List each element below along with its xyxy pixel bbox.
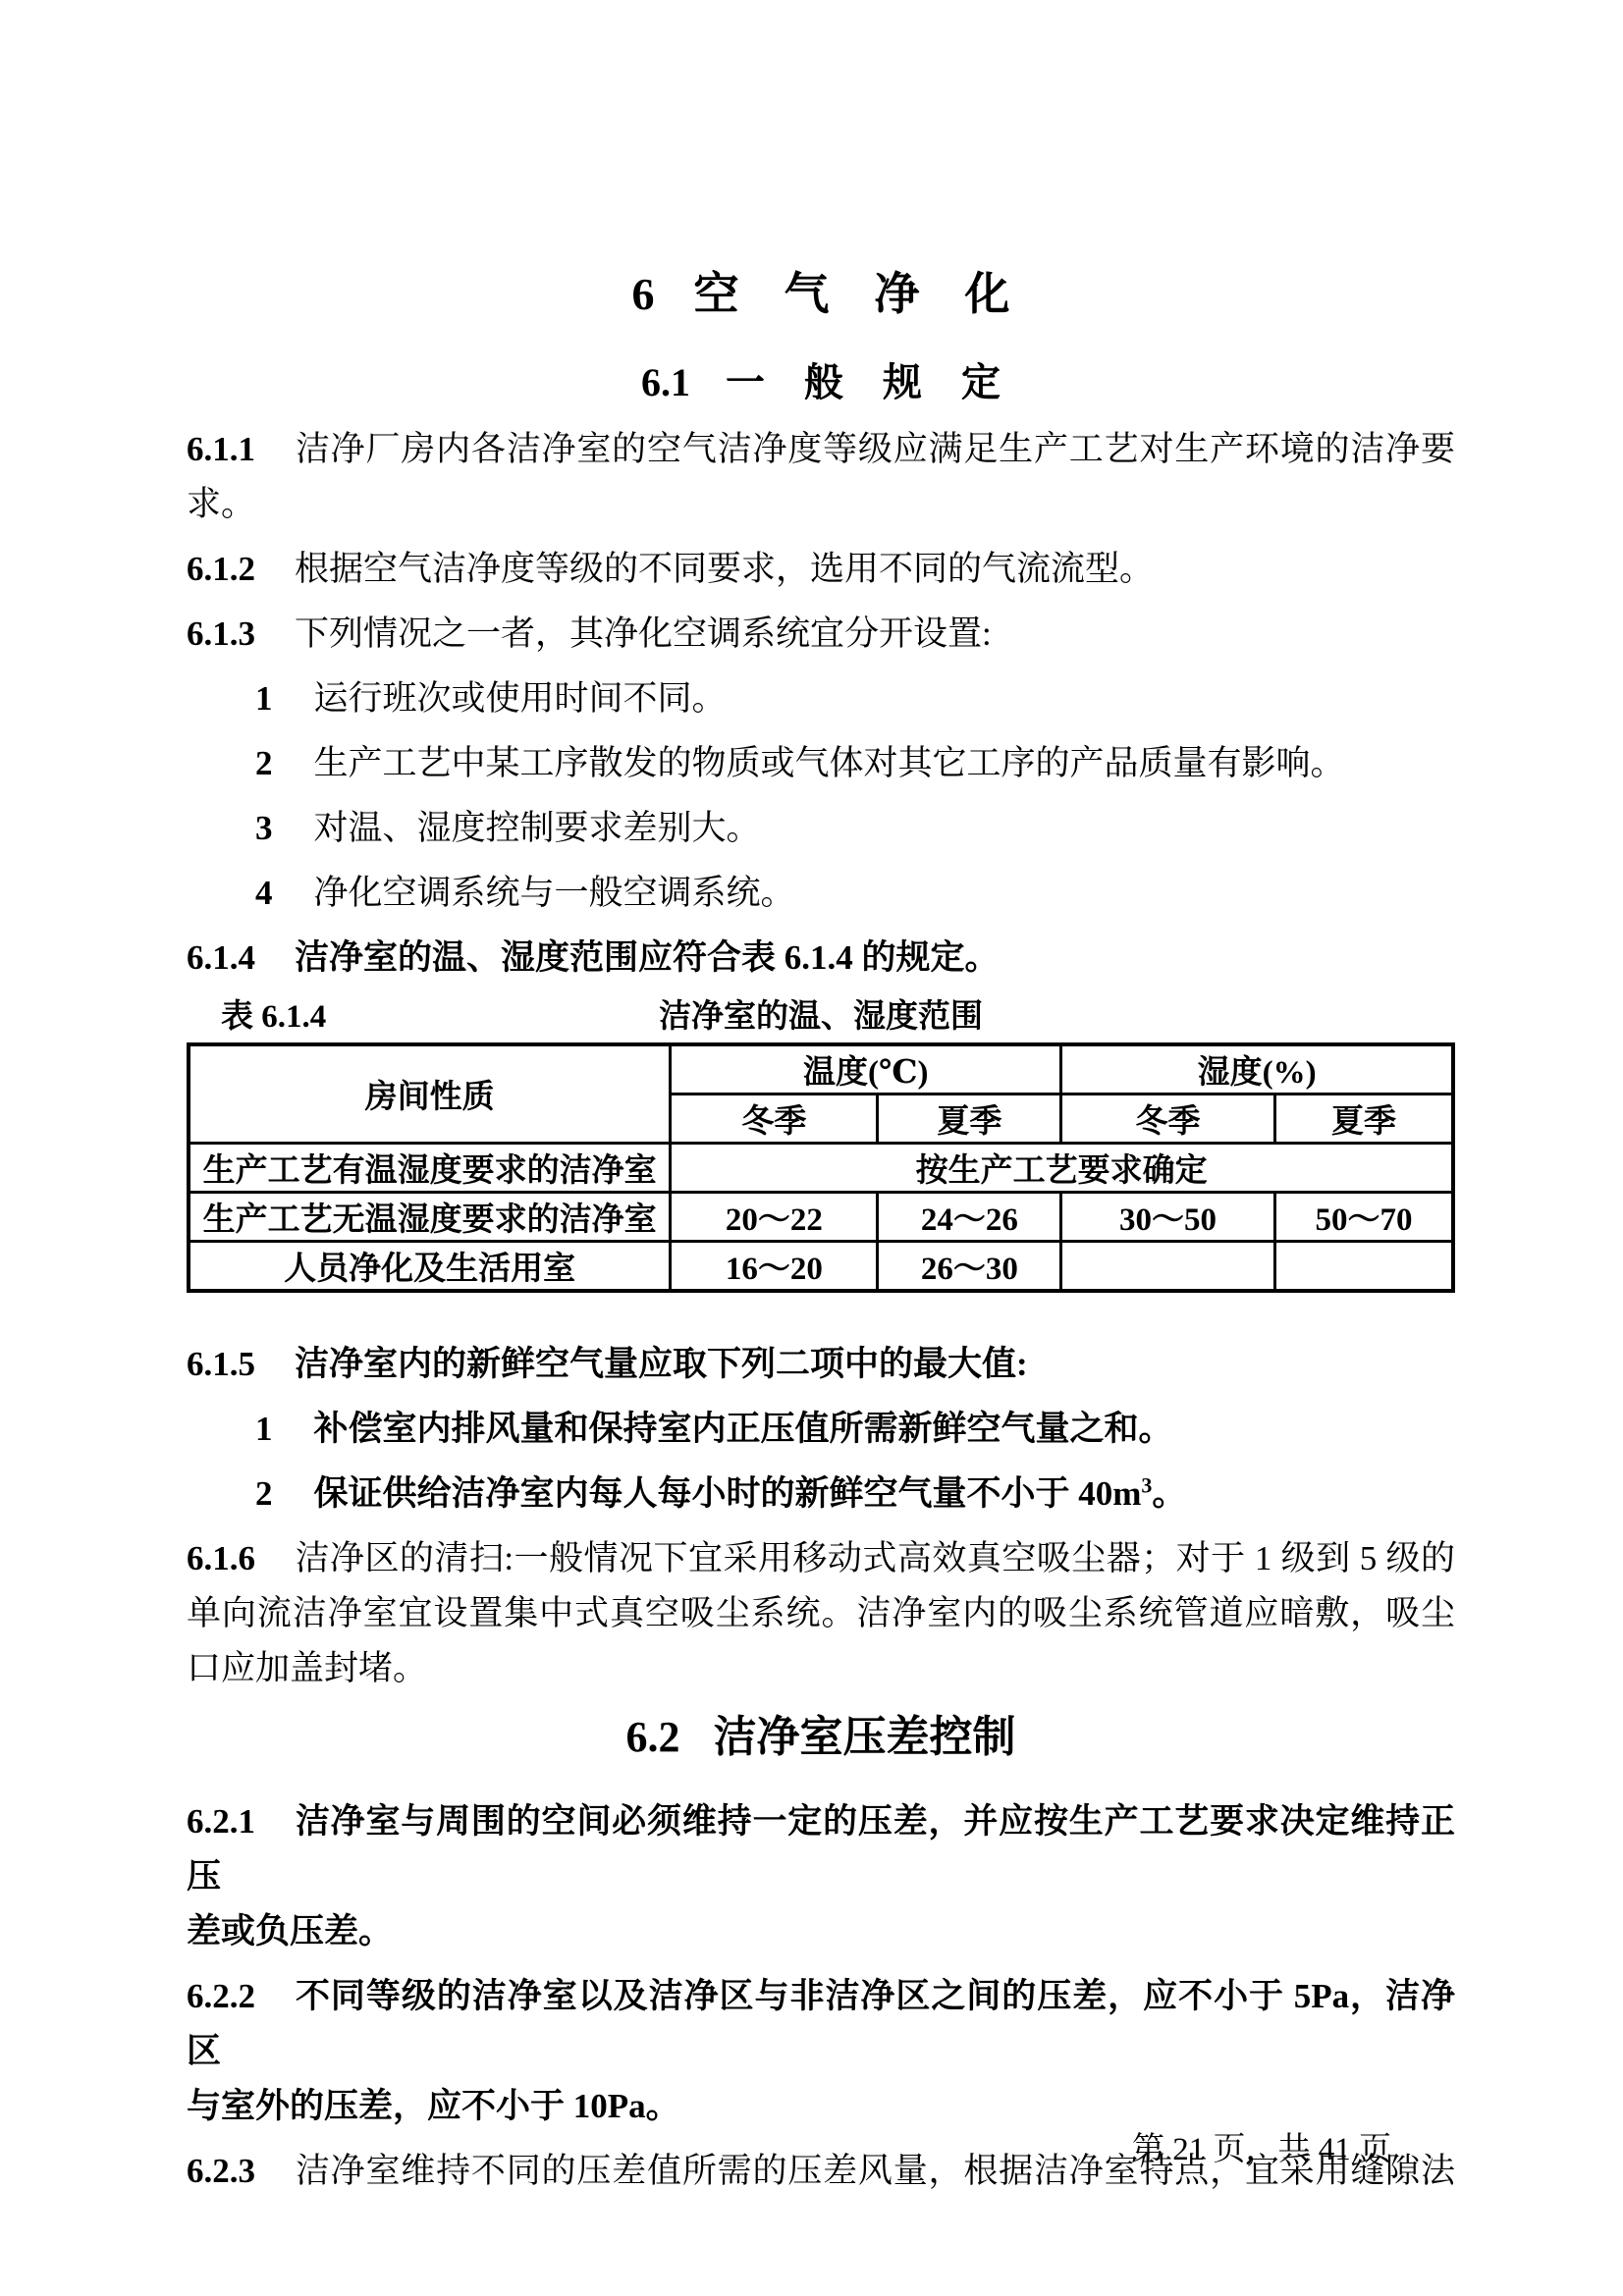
- header-season: 冬季: [671, 1095, 878, 1144]
- item-text-tail: 。: [1152, 1474, 1186, 1513]
- clause-line: 6.1.5洁净室内的新鲜空气量应取下列二项中的最大值:: [187, 1337, 1455, 1392]
- value-cell: 50～70: [1274, 1193, 1453, 1242]
- merged-value-cell: 按生产工艺要求确定: [671, 1144, 1453, 1193]
- chapter-number: 6: [632, 269, 655, 319]
- clause-line: 6.2.1洁净室与周围的空间必须维持一定的压差，并应按生产工艺要求决定维持正压: [187, 1794, 1455, 1904]
- clause-line: 6.1.2根据空气洁净度等级的不同要求，选用不同的气流流型。: [187, 542, 1455, 597]
- temperature-humidity-table: 房间性质 温度(℃) 湿度(%) 冬季 夏季 冬季 夏季 生产工艺有温湿度要求的…: [187, 1042, 1455, 1293]
- clause-line: 与室外的压差，应不小于 10Pa。: [187, 2079, 1455, 2134]
- table-caption-label: 表 6.1.4: [221, 995, 326, 1039]
- clause-text: 洁净室的温、湿度范围应符合表 6.1.4 的规定。: [295, 938, 1000, 977]
- room-cell: 生产工艺有温湿度要求的洁净室: [189, 1144, 671, 1193]
- table-caption: 表 6.1.4 洁净室的温、湿度范围: [187, 995, 1455, 1039]
- value-cell: [1061, 1242, 1275, 1292]
- header-humidity: 湿度(%): [1061, 1044, 1453, 1095]
- section-6-2-number: 6.2: [626, 1713, 680, 1761]
- header-season: 夏季: [1274, 1095, 1453, 1144]
- item-number: 2: [255, 744, 273, 782]
- clause-6-1-4: 6.1.4洁净室的温、湿度范围应符合表 6.1.4 的规定。: [187, 931, 1455, 986]
- superscript: 3: [1141, 1472, 1152, 1497]
- list-item: 2生产工艺中某工序散发的物质或气体对其它工序的产品质量有影响。: [187, 736, 1455, 791]
- clause-line: 差或负压差。: [187, 1904, 1455, 1959]
- clause-6-1-6: 6.1.6洁净区的清扫:一般情况下宜采用移动式高效真空吸尘器；对于 1 级到 5…: [187, 1531, 1455, 1696]
- clause-number: 6.1.1: [187, 430, 255, 468]
- content-area: 6空 气 净 化 6.1一 般 规 定 6.1.1洁净厂房内各洁净室的空气洁净度…: [187, 0, 1455, 2209]
- list-item: 2保证供给洁净室内每人每小时的新鲜空气量不小于 40m3。: [187, 1467, 1455, 1522]
- chapter-title: 6空 气 净 化: [187, 265, 1455, 324]
- room-cell: 人员净化及生活用室: [189, 1242, 671, 1292]
- clause-6-1-2: 6.1.2根据空气洁净度等级的不同要求，选用不同的气流流型。: [187, 542, 1455, 597]
- value-cell: [1274, 1242, 1453, 1292]
- item-number: 1: [255, 1410, 273, 1448]
- clause-6-2-1: 6.2.1洁净室与周围的空间必须维持一定的压差，并应按生产工艺要求决定维持正压 …: [187, 1794, 1455, 1959]
- item-text: 运行班次或使用时间不同。: [314, 679, 727, 718]
- item-number: 1: [255, 679, 273, 718]
- list-item: 4净化空调系统与一般空调系统。: [187, 866, 1455, 921]
- chapter-title-text: 空 气 净 化: [694, 269, 1010, 319]
- clause-text: 下列情况之一者，其净化空调系统宜分开设置:: [295, 614, 992, 653]
- clause-line: 6.1.1洁净厂房内各洁净室的空气洁净度等级应满足生产工艺对生产环境的洁净要: [187, 422, 1455, 477]
- list-item: 1运行班次或使用时间不同。: [187, 671, 1455, 726]
- clause-number: 6.1.4: [187, 938, 255, 977]
- section-6-1-number: 6.1: [641, 360, 690, 404]
- clause-number: 6.1.5: [187, 1345, 255, 1383]
- item-number: 2: [255, 1474, 273, 1513]
- table-header-row-1: 房间性质 温度(℃) 湿度(%): [189, 1044, 1453, 1095]
- clause-6-1-5: 6.1.5洁净室内的新鲜空气量应取下列二项中的最大值:: [187, 1337, 1455, 1392]
- clause-number: 6.1.6: [187, 1539, 255, 1577]
- clause-6-2-2: 6.2.2不同等级的洁净室以及洁净区与非洁净区之间的压差，应不小于 5Pa，洁净…: [187, 1969, 1455, 2134]
- header-temperature: 温度(℃): [671, 1044, 1061, 1095]
- table-row: 人员净化及生活用室 16～20 26～30: [189, 1242, 1453, 1292]
- list-item: 3对温、湿度控制要求差别大。: [187, 801, 1455, 856]
- table-row: 生产工艺无温湿度要求的洁净室 20～22 24～26 30～50 50～70: [189, 1193, 1453, 1242]
- item-text: 补偿室内排风量和保持室内正压值所需新鲜空气量之和。: [314, 1410, 1173, 1448]
- item-text: 对温、湿度控制要求差别大。: [314, 809, 761, 847]
- value-cell: 24～26: [878, 1193, 1061, 1242]
- item-text: 保证供给洁净室内每人每小时的新鲜空气量不小于 40m: [314, 1474, 1142, 1513]
- clause-line: 口应加盖封堵。: [187, 1641, 1455, 1696]
- clause-text: 洁净区的清扫:一般情况下宜采用移动式高效真空吸尘器；对于 1 级到 5 级的: [295, 1539, 1455, 1577]
- section-6-1-title-text: 一 般 规 定: [726, 360, 1001, 404]
- clause-text: 洁净室与周围的空间必须维持一定的压差，并应按生产工艺要求决定维持正压: [187, 1802, 1455, 1896]
- item-text: 生产工艺中某工序散发的物质或气体对其它工序的产品质量有影响。: [314, 744, 1345, 782]
- clause-number: 6.2.2: [187, 1977, 255, 2015]
- clause-text: 不同等级的洁净室以及洁净区与非洁净区之间的压差，应不小于 5Pa，洁净区: [187, 1977, 1455, 2070]
- item-number: 4: [255, 874, 273, 912]
- room-cell: 生产工艺无温湿度要求的洁净室: [189, 1193, 671, 1242]
- clause-line: 6.2.2不同等级的洁净室以及洁净区与非洁净区之间的压差，应不小于 5Pa，洁净…: [187, 1969, 1455, 2079]
- table-caption-title: 洁净室的温、湿度范围: [187, 995, 1455, 1039]
- header-room: 房间性质: [189, 1044, 671, 1144]
- clause-line: 6.1.4洁净室的温、湿度范围应符合表 6.1.4 的规定。: [187, 931, 1455, 986]
- page-footer: 第 21 页，共 41 页: [1132, 2130, 1391, 2169]
- clause-text: 根据空气洁净度等级的不同要求，选用不同的气流流型。: [295, 550, 1154, 588]
- clause-line: 6.1.3下列情况之一者，其净化空调系统宜分开设置:: [187, 607, 1455, 662]
- section-6-1-heading: 6.1一 般 规 定: [187, 357, 1455, 408]
- document-page: 6空 气 净 化 6.1一 般 规 定 6.1.1洁净厂房内各洁净室的空气洁净度…: [0, 0, 1623, 2296]
- item-text: 净化空调系统与一般空调系统。: [314, 874, 795, 912]
- list-item: 1补偿室内排风量和保持室内正压值所需新鲜空气量之和。: [187, 1402, 1455, 1457]
- value-cell: 20～22: [671, 1193, 878, 1242]
- clause-text: 洁净厂房内各洁净室的空气洁净度等级应满足生产工艺对生产环境的洁净要: [295, 430, 1455, 468]
- clause-line: 单向流洁净室宜设置集中式真空吸尘系统。洁净室内的吸尘系统管道应暗敷，吸尘: [187, 1586, 1455, 1641]
- clause-6-1-3: 6.1.3下列情况之一者，其净化空调系统宜分开设置:: [187, 607, 1455, 662]
- clause-number: 6.1.2: [187, 550, 255, 588]
- value-cell: 16～20: [671, 1242, 878, 1292]
- clause-text: 洁净室内的新鲜空气量应取下列二项中的最大值:: [295, 1345, 1028, 1383]
- section-6-2-heading: 6.2洁净室压差控制: [187, 1710, 1455, 1765]
- item-number: 3: [255, 809, 273, 847]
- clause-line: 求。: [187, 477, 1455, 532]
- clause-6-1-1: 6.1.1洁净厂房内各洁净室的空气洁净度等级应满足生产工艺对生产环境的洁净要 求…: [187, 422, 1455, 532]
- header-season: 冬季: [1061, 1095, 1275, 1144]
- value-cell: 30～50: [1061, 1193, 1275, 1242]
- value-cell: 26～30: [878, 1242, 1061, 1292]
- table-row: 生产工艺有温湿度要求的洁净室 按生产工艺要求确定: [189, 1144, 1453, 1193]
- clause-number: 6.2.3: [187, 2152, 255, 2190]
- clause-number: 6.2.1: [187, 1802, 255, 1841]
- header-season: 夏季: [878, 1095, 1061, 1144]
- clause-line: 6.1.6洁净区的清扫:一般情况下宜采用移动式高效真空吸尘器；对于 1 级到 5…: [187, 1531, 1455, 1586]
- clause-number: 6.1.3: [187, 614, 255, 653]
- section-6-2-title-text: 洁净室压差控制: [714, 1713, 1016, 1761]
